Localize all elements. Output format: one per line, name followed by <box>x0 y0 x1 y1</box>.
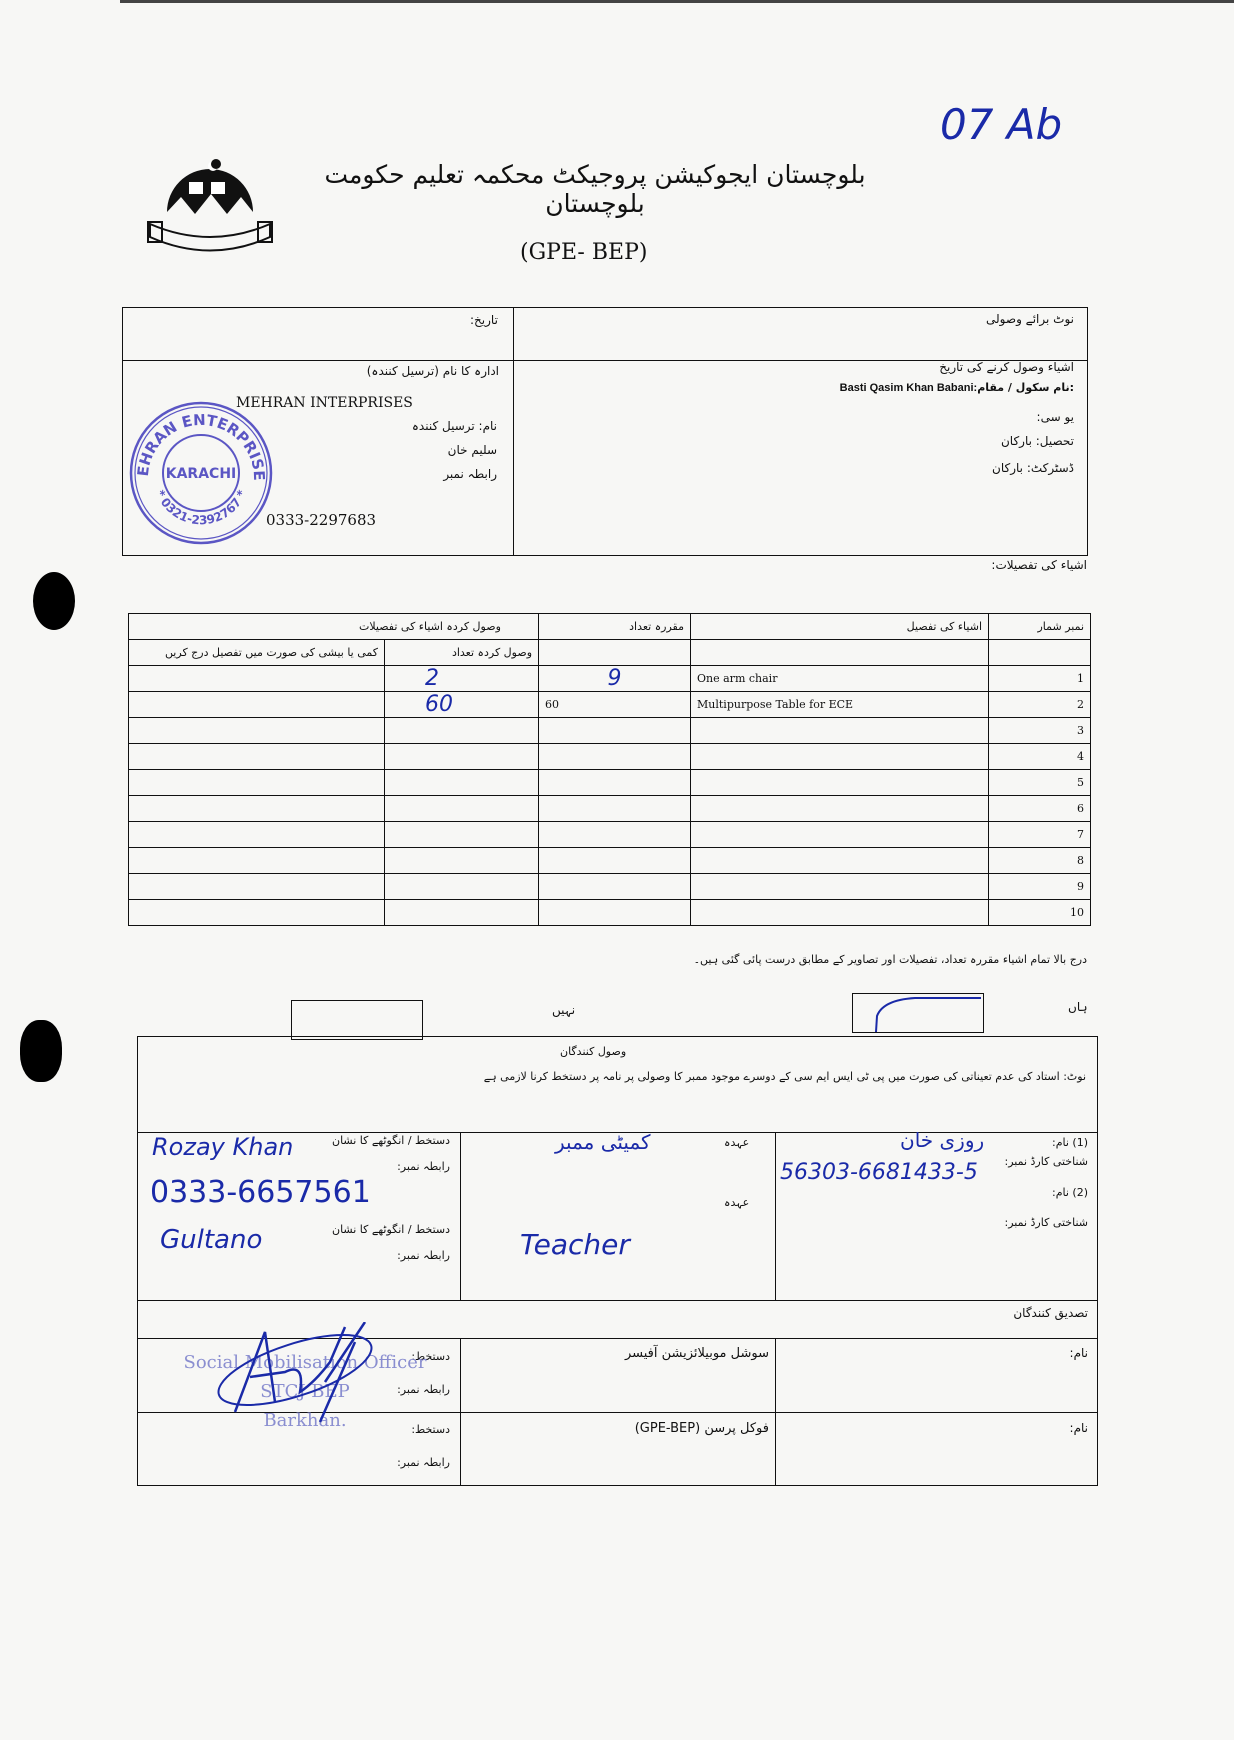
phone2-label: رابطہ نمبر: <box>397 1249 450 1262</box>
serial-cell: 6 <box>989 796 1091 822</box>
officer-signature <box>205 1322 395 1442</box>
school-value: Basti Qasim Khan Babani <box>840 382 974 394</box>
school-field: Basti Qasim Khan Babani:نام سکول / مقام: <box>840 381 1074 394</box>
received-details-header: وصول کردہ اشیاء کی تفصیلات <box>129 614 539 640</box>
sender-name-value: سلیم خان <box>448 443 497 457</box>
description-cell <box>691 718 989 744</box>
receipt-date-label: اشیاء وصول کرنے کی تاریخ <box>939 360 1074 374</box>
description-cell <box>691 848 989 874</box>
yes-checkbox[interactable] <box>852 993 984 1033</box>
verifier1-name-label: نام: <box>1070 1346 1088 1360</box>
uc-label: یو سی: <box>1037 410 1074 424</box>
fixed-qty-cell: 9 <box>539 666 691 692</box>
receivers-note: نوٹ: استاد کی عدم تعیناتی کی صورت میں پی… <box>484 1070 1086 1083</box>
contact-value: 0333-2297683 <box>266 511 376 529</box>
phone1-value: 0333-6657561 <box>150 1175 371 1210</box>
name1-label: (1) نام: <box>1052 1136 1088 1149</box>
signature1-label: دستخط / انگوٹھے کا نشان <box>332 1134 450 1147</box>
district-label: ڈسٹرکٹ: بارکان <box>992 461 1074 475</box>
table-row: 9 <box>129 874 1091 900</box>
fixed-qty-cell <box>539 744 691 770</box>
table-header-row: وصول کردہ اشیاء کی تفصیلات مقررہ تعداد ا… <box>129 614 1091 640</box>
table-row: 4 <box>129 744 1091 770</box>
table-row: 6060Multipurpose Table for ECE2 <box>129 692 1091 718</box>
company-stamp: MEHRAN ENTERPRISES * 0321-2392767 * KARA… <box>126 398 276 548</box>
fixed-qty-cell: 60 <box>539 692 691 718</box>
received-qty-cell <box>385 796 539 822</box>
note-cell <box>129 692 385 718</box>
designation2-label: عہدہ <box>724 1196 749 1209</box>
table-row: 10 <box>129 900 1091 926</box>
description-cell: Multipurpose Table for ECE <box>691 692 989 718</box>
scan-edge <box>120 0 1234 3</box>
svg-text:KARACHI: KARACHI <box>166 466 237 482</box>
serial-header: نمبر شمار <box>989 614 1091 640</box>
serial-cell: 1 <box>989 666 1091 692</box>
received-qty-cell <box>385 744 539 770</box>
description-cell <box>691 744 989 770</box>
table-row: 3 <box>129 718 1091 744</box>
verifiers-title: تصدیق کنندگان <box>1013 1306 1088 1320</box>
table-row: 7 <box>129 822 1091 848</box>
serial-cell: 10 <box>989 900 1091 926</box>
note-cell <box>129 900 385 926</box>
fixed-qty-cell <box>539 770 691 796</box>
note-cell <box>129 848 385 874</box>
confirmation-statement: درج بالا تمام اشیاء مقررہ تعداد، تفصیلات… <box>694 953 1087 966</box>
received-qty-cell <box>385 874 539 900</box>
sender-name-label: نام: ترسیل کنندہ <box>412 419 497 433</box>
fixed-qty-header: مقررہ تعداد <box>539 614 691 640</box>
items-section-label: اشیاء کی تفصیلات: <box>991 558 1087 572</box>
serial-cell: 3 <box>989 718 1091 744</box>
verifier1-role: سوشل موبیلائزیشن آفیسر <box>625 1346 769 1361</box>
cnic2-label: شناختی کارڈ نمبر: <box>1005 1216 1088 1229</box>
sender-org-label: ادارہ کا نام (ترسیل کنندہ) <box>367 364 499 378</box>
description-cell <box>691 796 989 822</box>
note-label: نوٹ برائے وصولی <box>986 312 1074 326</box>
designation1-label: عہدہ <box>724 1136 749 1149</box>
fixed-qty-cell <box>539 822 691 848</box>
cnic1-label: شناختی کارڈ نمبر: <box>1005 1155 1088 1168</box>
received-qty-header: وصول کردہ تعداد <box>385 640 539 666</box>
received-qty-cell <box>385 718 539 744</box>
no-label: نہیں <box>552 1003 575 1017</box>
description-cell <box>691 770 989 796</box>
note-cell <box>129 770 385 796</box>
description-cell <box>691 900 989 926</box>
date-label: تاریخ: <box>470 313 498 327</box>
fixed-qty-cell <box>539 900 691 926</box>
tehsil-label: تحصیل: بارکان <box>1001 434 1074 448</box>
note-cell <box>129 666 385 692</box>
no-checkbox[interactable] <box>291 1000 423 1040</box>
fixed-qty-cell <box>539 874 691 900</box>
description-header: اشیاء کی تفصیل <box>691 614 989 640</box>
signature2-value: Gultano <box>160 1225 262 1255</box>
received-qty-cell <box>385 822 539 848</box>
note-cell <box>129 874 385 900</box>
serial-cell: 4 <box>989 744 1091 770</box>
received-qty-cell <box>385 900 539 926</box>
receivers-title: وصول کنندگان <box>560 1045 626 1058</box>
received-qty-cell: 60 <box>385 692 539 718</box>
serial-cell: 7 <box>989 822 1091 848</box>
table-row: 29One arm chair1 <box>129 666 1091 692</box>
description-cell <box>691 874 989 900</box>
serial-cell: 9 <box>989 874 1091 900</box>
note-cell <box>129 744 385 770</box>
verifier2-name-label: نام: <box>1070 1421 1088 1435</box>
school-label: نام سکول / مقام: <box>977 381 1074 394</box>
table-row: 6 <box>129 796 1091 822</box>
signature1-value: Rozay Khan <box>152 1133 293 1161</box>
svg-text:* 0321-2392767 *: * 0321-2392767 * <box>153 487 249 527</box>
fixed-qty-cell <box>539 796 691 822</box>
note-cell <box>129 822 385 848</box>
cnic1-value: 56303-6681433-5 <box>780 1160 978 1185</box>
contact-label: رابطہ نمبر <box>443 467 497 481</box>
items-table: وصول کردہ اشیاء کی تفصیلات مقررہ تعداد ا… <box>128 613 1091 926</box>
serial-cell: 5 <box>989 770 1091 796</box>
designation1-value: کمیٹی ممبر <box>555 1130 651 1154</box>
fixed-qty-cell <box>539 718 691 744</box>
designation2-value: Teacher <box>520 1228 630 1261</box>
serial-cell: 8 <box>989 848 1091 874</box>
table-row: 8 <box>129 848 1091 874</box>
verifier2-role: فوکل پرسن (GPE-BEP) <box>635 1421 769 1436</box>
name2-label: (2) نام: <box>1052 1186 1088 1199</box>
description-cell <box>691 822 989 848</box>
note-cell <box>129 718 385 744</box>
verifier2-phone-label: رابطہ نمبر: <box>397 1456 450 1469</box>
signature2-label: دستخط / انگوٹھے کا نشان <box>332 1223 450 1236</box>
received-qty-cell <box>385 770 539 796</box>
punch-hole-bottom <box>20 1020 62 1082</box>
punch-hole-top <box>33 572 75 630</box>
note-cell <box>129 796 385 822</box>
table-subheader-row: کمی یا بیشی کی صورت میں تفصیل درج کریں و… <box>129 640 1091 666</box>
page-subtitle: (GPE- BEP) <box>520 240 647 265</box>
page-title: بلوچستان ایجوکیشن پروجیکٹ محکمہ تعلیم حک… <box>300 160 890 218</box>
serial-cell: 2 <box>989 692 1091 718</box>
received-qty-cell <box>385 848 539 874</box>
shortage-note-header: کمی یا بیشی کی صورت میں تفصیل درج کریں <box>129 640 385 666</box>
fixed-qty-cell <box>539 848 691 874</box>
table-row: 5 <box>129 770 1091 796</box>
received-qty-cell: 2 <box>385 666 539 692</box>
government-logo <box>145 152 275 262</box>
phone1-label: رابطہ نمبر: <box>397 1160 450 1173</box>
handwritten-reference: 07 Ab <box>940 100 1062 149</box>
name1-value: روزی خان <box>900 1128 984 1152</box>
yes-label: ہاں <box>1068 1000 1088 1014</box>
description-cell: One arm chair <box>691 666 989 692</box>
